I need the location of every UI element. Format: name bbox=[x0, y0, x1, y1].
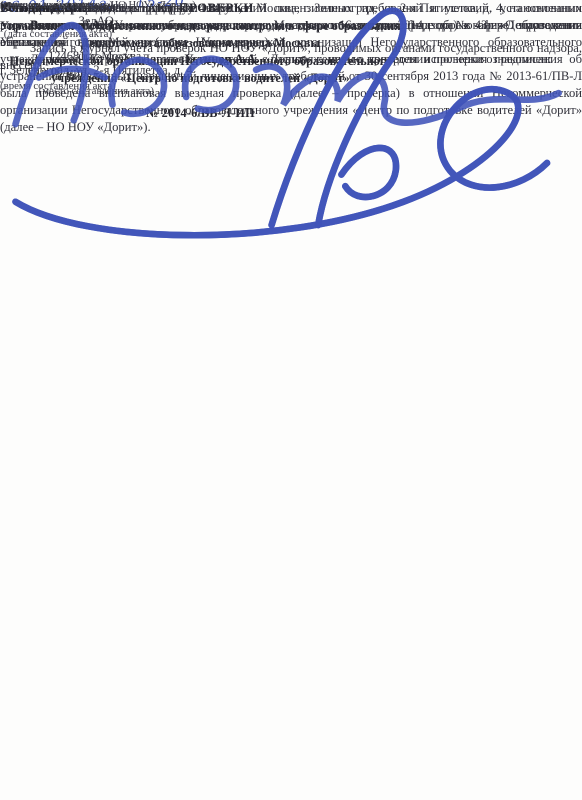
scanned-act-page: г. Москва ЗелАО ⁻(округ) 124681, г. Моск… bbox=[0, 0, 582, 800]
journal-entry-paragraph: Запись в журнал учета проверок НО НОУ «Д… bbox=[0, 40, 582, 74]
findings-block: В ходе проведения проверки нарушений лиц… bbox=[0, 0, 582, 74]
director-signature-caption: (генеральный директор, НО НОУ «Дорит») bbox=[0, 0, 196, 11]
